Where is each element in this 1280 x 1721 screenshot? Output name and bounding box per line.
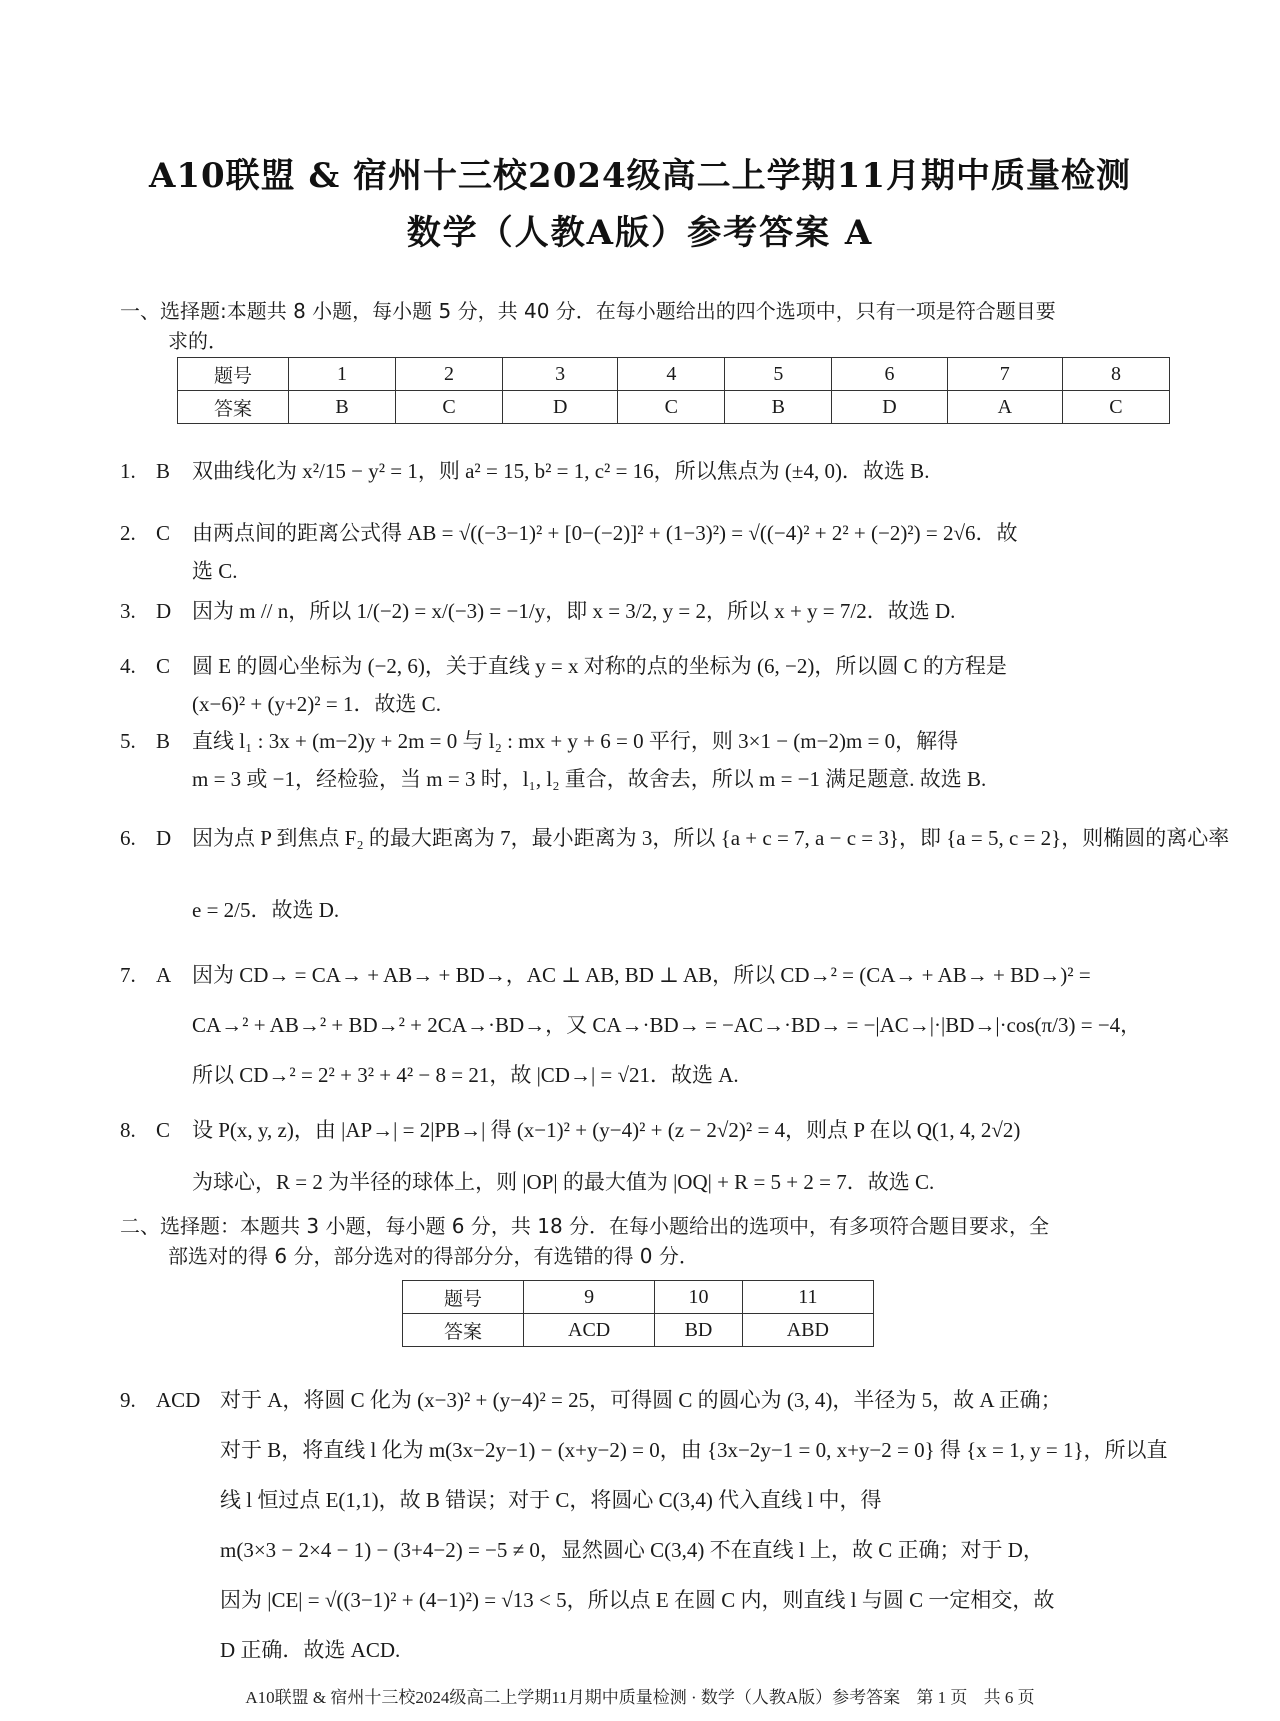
solution-key: ACD — [156, 1375, 220, 1425]
solution-number: 2. — [120, 514, 156, 552]
row-label-question: 题号 — [403, 1281, 524, 1314]
solution-text-cont: 因为 |CE| = √((3−1)² + (4−1)²) = √13 < 5，所… — [120, 1575, 1180, 1625]
solution-number: 4. — [120, 647, 156, 685]
footer-total-pages: 共 6 页 — [984, 1688, 1035, 1707]
section2-heading: 二、选择题：本题共 3 小题，每小题 6 分，共 18 分．在每小题给出的选项中… — [120, 1211, 1170, 1271]
document-title: A10联盟 & 宿州十三校2024级高二上学期11月期中质量检测 — [0, 148, 1280, 197]
solution-number: 5. — [120, 722, 156, 760]
solution-text: 因为 m // n，所以 1/(−2) = x/(−3) = −1/y，即 x … — [192, 599, 955, 623]
solution-8: 8.C设 P(x, y, z)，由 |AP→| = 2|PB→| 得 (x−1)… — [120, 1104, 1180, 1208]
solution-number: 7. — [120, 950, 156, 1000]
section2-heading-cont: 部选对的得 6 分，部分选对的得部分分，有选错的得 0 分． — [120, 1241, 1170, 1271]
solution-text: 直线 l₁ : 3x + (m−2)y + 2m = 0 与 l₂ : mx +… — [192, 729, 958, 753]
solution-text: 因为点 P 到焦点 F₂ 的最大距离为 7，最小距离为 3，所以 {a + c … — [192, 826, 1229, 850]
solution-text: 设 P(x, y, z)，由 |AP→| = 2|PB→| 得 (x−1)² +… — [192, 1118, 1020, 1142]
solution-text-cont: 所以 CD→² = 2² + 3² + 4² − 8 = 21，故 |CD→| … — [120, 1050, 1180, 1100]
cell-a: D — [503, 391, 618, 424]
solution-text: 对于 A，将圆 C 化为 (x−3)² + (y−4)² = 25，可得圆 C … — [220, 1388, 1062, 1412]
solution-6: 6.D因为点 P 到焦点 F₂ 的最大距离为 7，最小距离为 3，所以 {a +… — [120, 815, 1180, 933]
solution-text-cont: CA→² + AB→² + BD→² + 2CA→·BD→，又 CA→·BD→ … — [120, 1000, 1180, 1050]
solution-key: D — [156, 592, 192, 630]
footer-title: A10联盟 & 宿州十三校2024级高二上学期11月期中质量检测 · 数学（人教… — [245, 1688, 900, 1707]
solution-text: 因为 CD→ = CA→ + AB→ + BD→，AC ⊥ AB, BD ⊥ A… — [192, 963, 1091, 987]
cell-a: C — [396, 391, 503, 424]
table-row-questions: 题号 9 10 11 — [403, 1281, 874, 1314]
row-label-question: 题号 — [178, 358, 289, 391]
section1-heading: 一、选择题:本题共 8 小题，每小题 5 分，共 40 分．在每小题给出的四个选… — [120, 296, 1170, 356]
solution-text-cont: 为球心，R = 2 为半径的球体上，则 |OP| 的最大值为 |OQ| + R … — [120, 1156, 1180, 1208]
solution-text-cont: 选 C. — [120, 552, 1180, 590]
solution-text: 圆 E 的圆心坐标为 (−2, 6)，关于直线 y = x 对称的点的坐标为 (… — [192, 654, 1007, 678]
solution-3: 3.D因为 m // n，所以 1/(−2) = x/(−3) = −1/y，即… — [120, 592, 1180, 630]
solution-1: 1.B双曲线化为 x²/15 − y² = 1，则 a² = 15, b² = … — [120, 452, 1180, 490]
answer-table-2: 题号 9 10 11 答案 ACD BD ABD — [402, 1280, 874, 1347]
table-row-answers: 答案 ACD BD ABD — [403, 1314, 874, 1347]
section1-heading-text: 一、选择题:本题共 8 小题，每小题 5 分，共 40 分．在每小题给出的四个选… — [120, 299, 1056, 323]
row-label-answer: 答案 — [403, 1314, 524, 1347]
solution-text-cont: (x−6)² + (y+2)² = 1．故选 C. — [120, 685, 1180, 723]
solution-key: C — [156, 1104, 192, 1156]
cell-a: BD — [655, 1314, 742, 1347]
cell-q: 8 — [1062, 358, 1169, 391]
cell-a: B — [725, 391, 832, 424]
cell-q: 2 — [396, 358, 503, 391]
solution-key: D — [156, 815, 192, 861]
cell-q: 11 — [742, 1281, 873, 1314]
cell-a: D — [832, 391, 947, 424]
solution-text-cont: 对于 B，将直线 l 化为 m(3x−2y−1) − (x+y−2) = 0，由… — [120, 1425, 1180, 1475]
solution-text: 双曲线化为 x²/15 − y² = 1，则 a² = 15, b² = 1, … — [192, 459, 929, 483]
solution-text: 由两点间的距离公式得 AB = √((−3−1)² + [0−(−2)]² + … — [192, 521, 1017, 545]
solution-text-cont: D 正确．故选 ACD. — [120, 1625, 1180, 1675]
document-subtitle: 数学（人教A版）参考答案 A — [0, 205, 1280, 254]
solution-key: C — [156, 514, 192, 552]
cell-a: C — [618, 391, 725, 424]
cell-q: 10 — [655, 1281, 742, 1314]
cell-q: 5 — [725, 358, 832, 391]
cell-a: B — [289, 391, 396, 424]
solution-text-cont: m = 3 或 −1，经检验，当 m = 3 时，l₁, l₂ 重合，故舍去，所… — [120, 760, 1180, 798]
solution-key: A — [156, 950, 192, 1000]
solution-key: C — [156, 647, 192, 685]
table-row-answers: 答案 B C D C B D A C — [178, 391, 1170, 424]
cell-q: 6 — [832, 358, 947, 391]
section2-heading-text: 二、选择题：本题共 3 小题，每小题 6 分，共 18 分．在每小题给出的选项中… — [120, 1214, 1049, 1238]
answer-table-1: 题号 1 2 3 4 5 6 7 8 答案 B C D C B D A C — [177, 357, 1170, 424]
solution-key: B — [156, 452, 192, 490]
solution-number: 1. — [120, 452, 156, 490]
cell-a: C — [1062, 391, 1169, 424]
solution-5: 5.B直线 l₁ : 3x + (m−2)y + 2m = 0 与 l₂ : m… — [120, 722, 1180, 798]
solution-number: 9. — [120, 1375, 156, 1425]
solution-9: 9.ACD对于 A，将圆 C 化为 (x−3)² + (y−4)² = 25，可… — [120, 1375, 1180, 1675]
cell-q: 9 — [524, 1281, 655, 1314]
solution-number: 3. — [120, 592, 156, 630]
cell-a: A — [947, 391, 1062, 424]
cell-q: 7 — [947, 358, 1062, 391]
cell-q: 4 — [618, 358, 725, 391]
cell-q: 3 — [503, 358, 618, 391]
solution-text-cont: m(3×3 − 2×4 − 1) − (3+4−2) = −5 ≠ 0，显然圆心… — [120, 1525, 1180, 1575]
footer-page-number: 第 1 页 — [916, 1688, 967, 1707]
solution-2: 2.C由两点间的距离公式得 AB = √((−3−1)² + [0−(−2)]²… — [120, 514, 1180, 590]
cell-a: ABD — [742, 1314, 873, 1347]
table-row-questions: 题号 1 2 3 4 5 6 7 8 — [178, 358, 1170, 391]
solution-number: 6. — [120, 815, 156, 861]
solution-number: 8. — [120, 1104, 156, 1156]
solution-7: 7.A因为 CD→ = CA→ + AB→ + BD→，AC ⊥ AB, BD … — [120, 950, 1180, 1100]
row-label-answer: 答案 — [178, 391, 289, 424]
cell-a: ACD — [524, 1314, 655, 1347]
solution-key: B — [156, 722, 192, 760]
solution-text-cont: 线 l 恒过点 E(1,1)，故 B 错误；对于 C，将圆心 C(3,4) 代入… — [120, 1475, 1180, 1525]
cell-q: 1 — [289, 358, 396, 391]
solution-text-cont: e = 2/5．故选 D. — [120, 887, 1180, 933]
section1-heading-cont: 求的． — [120, 326, 1170, 356]
page-footer: A10联盟 & 宿州十三校2024级高二上学期11月期中质量检测 · 数学（人教… — [0, 1683, 1280, 1708]
solution-4: 4.C圆 E 的圆心坐标为 (−2, 6)，关于直线 y = x 对称的点的坐标… — [120, 647, 1180, 723]
